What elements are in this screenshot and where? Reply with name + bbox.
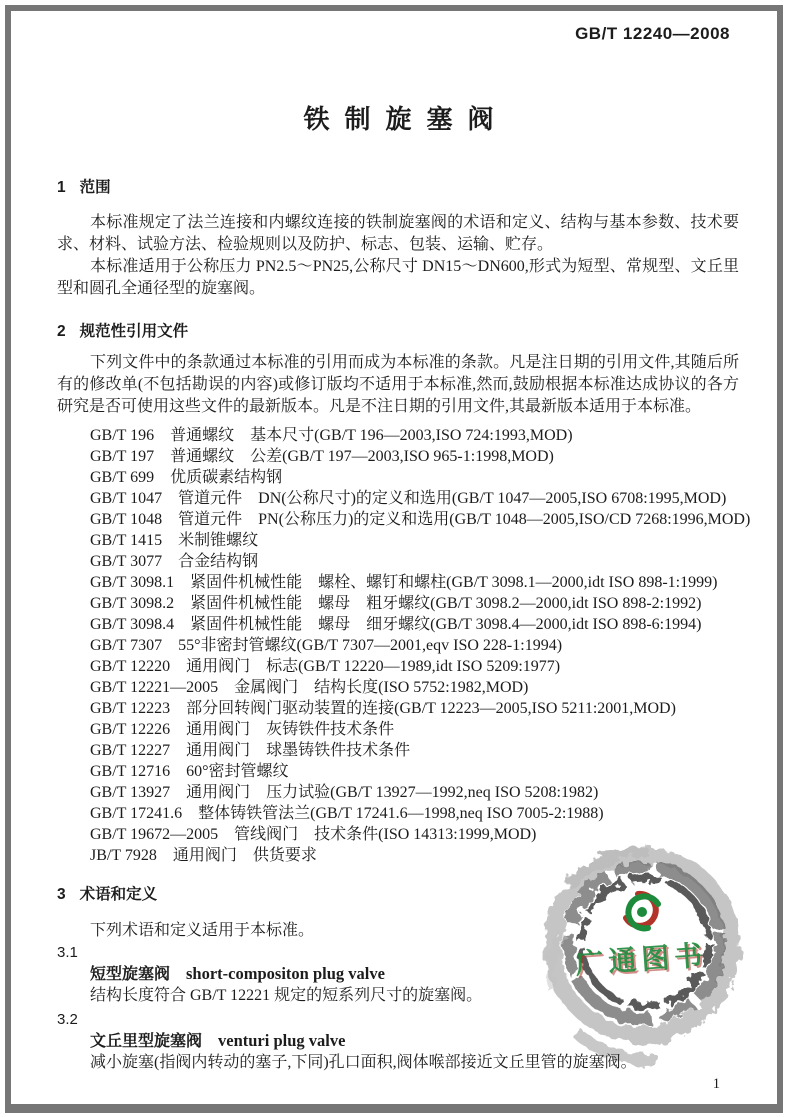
- reference-item: GB/T 3077 合金结构钢: [90, 551, 739, 572]
- references-intro-paragraph: 下列文件中的条款通过本标准的引用而成为本标准的条款。凡是注日期的引用文件,其随后…: [57, 352, 739, 418]
- reference-item: GB/T 7307 55°非密封管螺纹(GB/T 7307—2001,eqv I…: [90, 635, 739, 656]
- reference-item: GB/T 17241.6 整体铸铁管法兰(GB/T 17241.6—1998,n…: [90, 803, 739, 824]
- reference-item: GB/T 12220 通用阀门 标志(GB/T 12220—1989,idt I…: [90, 656, 739, 677]
- term-title: 短型旋塞阀short-compositon plug valve: [90, 963, 739, 985]
- reference-item: GB/T 1415 米制锥螺纹: [90, 530, 739, 551]
- scope-paragraph: 本标准规定了法兰连接和内螺纹连接的铁制旋塞阀的术语和定义、结构与基本参数、技术要…: [57, 212, 739, 256]
- section-heading-terms-definitions: 3术语和定义: [57, 884, 739, 906]
- references-list: GB/T 196 普通螺纹 基本尺寸(GB/T 196—2003,ISO 724…: [57, 425, 739, 866]
- reference-item: GB/T 3098.1 紧固件机械性能 螺栓、螺钉和螺柱(GB/T 3098.1…: [90, 572, 739, 593]
- reference-item: JB/T 7928 通用阀门 供货要求: [90, 845, 739, 866]
- reference-item: GB/T 1047 管道元件 DN(公称尺寸)的定义和选用(GB/T 1047—…: [90, 488, 739, 509]
- document-title: 铁制旋塞阀: [11, 99, 790, 136]
- term-definition: 减小旋塞(指阀内转动的塞子,下同)孔口面积,阀体喉部接近文丘里管的旋塞阀。: [90, 1052, 739, 1073]
- term-chinese: 短型旋塞阀: [90, 966, 170, 983]
- section-number: 2: [57, 321, 66, 343]
- reference-item: GB/T 3098.2 紧固件机械性能 螺母 粗牙螺纹(GB/T 3098.2—…: [90, 593, 739, 614]
- section-label: 范围: [80, 179, 111, 196]
- term-chinese: 文丘里型旋塞阀: [90, 1033, 202, 1050]
- section-number: 1: [57, 177, 66, 199]
- document-body: 1范围 本标准规定了法兰连接和内螺纹连接的铁制旋塞阀的术语和定义、结构与基本参数…: [57, 168, 739, 1073]
- term-number: 3.1: [57, 942, 739, 963]
- standard-code: GB/T 12240—2008: [575, 24, 730, 44]
- reference-item: GB/T 12223 部分回转阀门驱动装置的连接(GB/T 12223—2005…: [90, 698, 739, 719]
- reference-item: GB/T 12226 通用阀门 灰铸铁件技术条件: [90, 719, 739, 740]
- reference-item: GB/T 19672—2005 管线阀门 技术条件(ISO 14313:1999…: [90, 824, 739, 845]
- section-label: 术语和定义: [80, 886, 158, 903]
- reference-item: GB/T 3098.4 紧固件机械性能 螺母 细牙螺纹(GB/T 3098.4—…: [90, 614, 739, 635]
- scope-paragraph: 本标准适用于公称压力 PN2.5～PN25,公称尺寸 DN15～DN600,形式…: [57, 256, 739, 300]
- reference-item: GB/T 1048 管道元件 PN(公称压力)的定义和选用(GB/T 1048—…: [90, 509, 739, 530]
- reference-item: GB/T 12716 60°密封管螺纹: [90, 761, 739, 782]
- term-title: 文丘里型旋塞阀venturi plug valve: [90, 1030, 739, 1052]
- section-label: 规范性引用文件: [80, 323, 189, 340]
- term-number: 3.2: [57, 1009, 739, 1030]
- reference-item: GB/T 12227 通用阀门 球墨铸铁件技术条件: [90, 740, 739, 761]
- section-heading-normative-references: 2规范性引用文件: [57, 321, 739, 343]
- term-definition: 结构长度符合 GB/T 12221 规定的短系列尺寸的旋塞阀。: [90, 985, 739, 1006]
- reference-item: GB/T 197 普通螺纹 公差(GB/T 197—2003,ISO 965-1…: [90, 446, 739, 467]
- page-number: 1: [713, 1076, 720, 1093]
- reference-item: GB/T 12221—2005 金属阀门 结构长度(ISO 5752:1982,…: [90, 677, 739, 698]
- reference-item: GB/T 196 普通螺纹 基本尺寸(GB/T 196—2003,ISO 724…: [90, 425, 739, 446]
- section-number: 3: [57, 884, 66, 906]
- reference-item: GB/T 13927 通用阀门 压力试验(GB/T 13927—1992,neq…: [90, 782, 739, 803]
- document-page: GB/T 12240—2008 铁制旋塞阀 1范围 本标准规定了法兰连接和内螺纹…: [0, 0, 790, 1117]
- reference-item: GB/T 699 优质碳素结构钢: [90, 467, 739, 488]
- section-heading-scope: 1范围: [57, 177, 739, 199]
- term-english: venturi plug valve: [218, 1031, 345, 1050]
- term-english: short-compositon plug valve: [186, 964, 385, 983]
- terms-intro-paragraph: 下列术语和定义适用于本标准。: [57, 920, 739, 942]
